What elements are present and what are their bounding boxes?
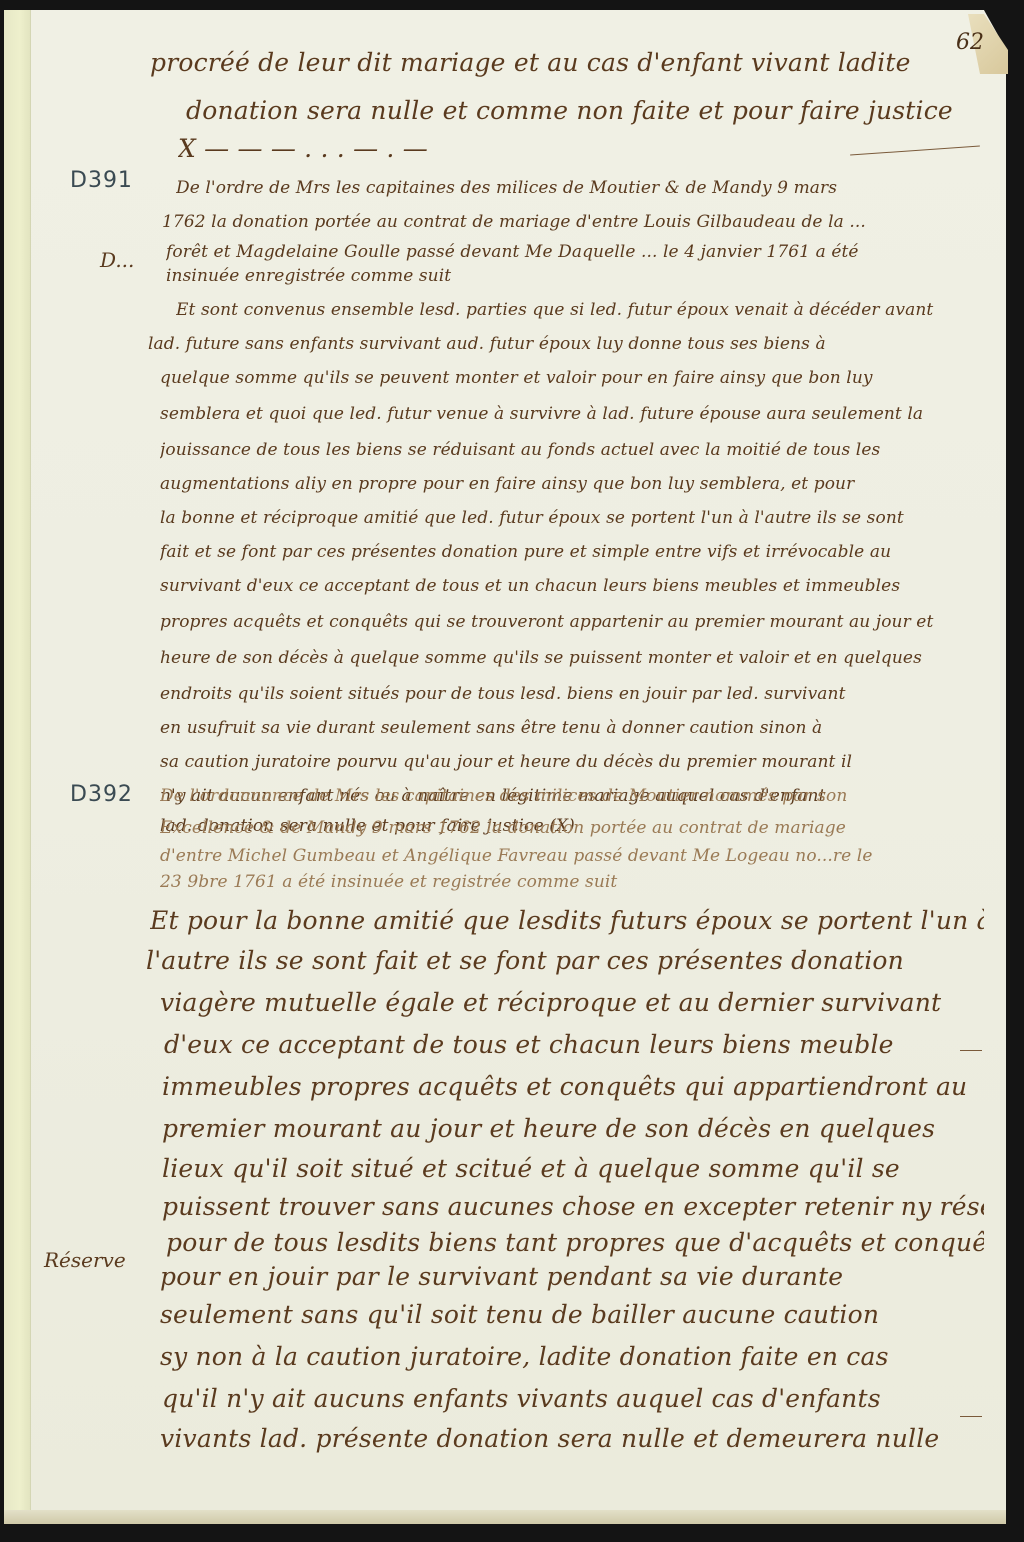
entry-d392-body-line: viagère mutuelle égale et réciproque et … xyxy=(160,988,984,1017)
entry-d391-body-line: en usufruit sa vie durant seulement sans… xyxy=(160,718,984,738)
entry-d392-body-line: d'eux ce acceptant de tous et chacun leu… xyxy=(164,1030,984,1059)
entry-d391-body-line: Et sont convenus ensemble lesd. parties … xyxy=(176,300,984,320)
entry-d392-body-line: sy non à la caution juratoire, ladite do… xyxy=(160,1342,984,1371)
entry-d391-body-line: augmentations aliy en propre pour en fai… xyxy=(160,474,984,494)
margin-code-d391: D391 xyxy=(70,168,133,193)
entry-d392-body-line: immeubles propres acquêts et conquêts qu… xyxy=(162,1072,984,1101)
margin-note: D... xyxy=(100,248,134,272)
entry-d392-intro-line: 23 9bre 1761 a été insinuée et registrée… xyxy=(160,872,984,892)
margin-code-d392: D392 xyxy=(70,782,133,807)
entry-d392-body-line: qu'il n'y ait aucuns enfants vivants auq… xyxy=(162,1384,984,1413)
entry-d392-body-line: seulement sans qu'il soit tenu de baille… xyxy=(160,1300,984,1329)
entry-d391-intro-line: insinuée enregistrée comme suit xyxy=(166,266,984,286)
entry-d391-body-line: endroits qu'ils soient situés pour de to… xyxy=(160,684,984,704)
entry-d392-body-line: lieux qu'il soit situé et scitué et à qu… xyxy=(162,1154,984,1183)
entry-d391-intro-line: forêt et Magdelaine Goulle passé devant … xyxy=(166,242,984,262)
entry-d391-body-line: lad. future sans enfants survivant aud. … xyxy=(148,334,984,354)
entry-d392-body-line: premier mourant au jour et heure de son … xyxy=(162,1114,984,1143)
entry-d392-intro-line: De l'ordonnance de Mrs les capitaines de… xyxy=(160,786,984,806)
entry-d391-body-line: fait et se font par ces présentes donati… xyxy=(160,542,984,562)
entry-d391-body-line: sa caution juratoire pourvu qu'au jour e… xyxy=(160,752,984,772)
entry-d391-body-line: heure de son décès à quelque somme qu'il… xyxy=(160,648,984,668)
entry-d392-body-line: Et pour la bonne amitié que lesdits futu… xyxy=(150,906,984,935)
entry-d392-body-line: pour en jouir par le survivant pendant s… xyxy=(160,1262,984,1291)
binding-edge xyxy=(4,10,31,1522)
entry-d392-body-line: vivants lad. présente donation sera null… xyxy=(160,1424,984,1453)
entry-d392-intro-line: d'entre Michel Gumbeau et Angélique Favr… xyxy=(160,846,984,866)
flourish-line xyxy=(960,1050,982,1051)
margin-note-reserve: Réserve xyxy=(44,1248,126,1272)
entry-d391-intro-line: De l'ordre de Mrs les capitaines des mil… xyxy=(176,178,984,198)
header-line: procréé de leur dit mariage et au cas d'… xyxy=(150,48,984,77)
entry-d392-body-line: pour de tous lesdits biens tant propres … xyxy=(166,1228,984,1257)
entry-d391-body-line: propres acquêts et conquêts qui se trouv… xyxy=(160,612,984,632)
header-line: donation sera nulle et comme non faite e… xyxy=(186,96,984,125)
header-line: X — — — . . . — . — xyxy=(178,134,984,163)
entry-d392-body-line: l'autre ils se sont fait et se font par … xyxy=(146,946,984,975)
entry-d391-intro-line: 1762 la donation portée au contrat de ma… xyxy=(162,212,984,232)
entry-d391-body-line: jouissance de tous les biens se réduisan… xyxy=(160,440,984,460)
entry-d391-body-line: semblera et quoi que led. futur venue à … xyxy=(160,404,984,424)
flourish-line xyxy=(960,1416,982,1417)
entry-d391-body-line: la bonne et réciproque amitié que led. f… xyxy=(160,508,984,528)
entry-d391-body-line: quelque somme qu'ils se peuvent monter e… xyxy=(160,368,984,388)
entry-d392-body-line: puissent trouver sans aucunes chose en e… xyxy=(162,1192,984,1221)
entry-d392-intro-line: Excellence & de Mandy 9 mars 1762 la don… xyxy=(160,818,984,838)
entry-d391-body-line: survivant d'eux ce acceptant de tous et … xyxy=(160,576,984,596)
paper-bottom-edge xyxy=(4,1510,1006,1524)
